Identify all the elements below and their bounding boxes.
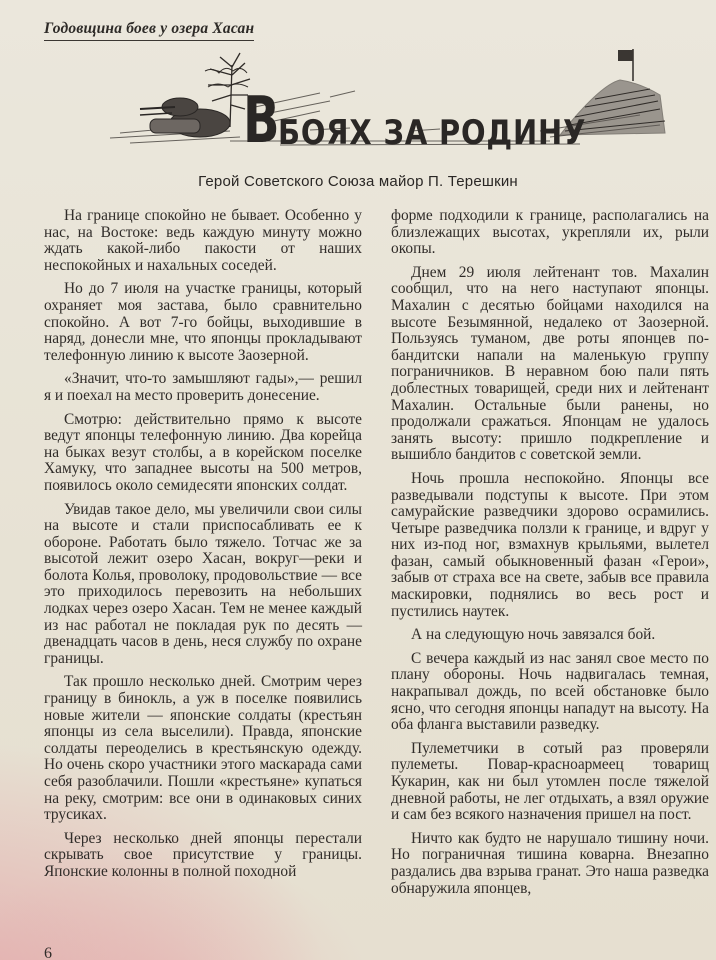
paragraph: Смотрю: действительно прямо к высоте вед… — [44, 412, 362, 495]
paragraph: «Значит, что-то замышляют гады»,— решил … — [44, 371, 362, 404]
masthead-title: ВБОЯХ ЗА РОДИНУ — [243, 89, 640, 153]
flag-icon — [618, 49, 633, 81]
paragraph: Но до 7 июля на участке границы, который… — [44, 281, 362, 364]
article-column-left: На границе спокойно не бывает. Особенно … — [44, 208, 362, 888]
paragraph: Так прошло несколько дней. Смотрим через… — [44, 674, 362, 823]
paragraph: форме подходили к границе, располагались… — [391, 208, 709, 258]
tank-icon — [140, 98, 230, 137]
paragraph: Увидав такое дело, мы увеличили свои сил… — [44, 502, 362, 668]
page-number: 6 — [44, 945, 52, 960]
masthead: ВБОЯХ ЗА РОДИНУ — [80, 45, 680, 155]
article-column-right: форме подходили к границе, располагались… — [391, 208, 709, 904]
section-rubric: Годовщина боев у озера Хасан — [44, 20, 254, 41]
paragraph: Ничто как будто не нарушало тишину ночи.… — [391, 831, 709, 897]
masthead-title-rest: БОЯХ ЗА РОДИНУ — [278, 113, 586, 153]
author-byline: Герой Советского Союза майор П. Терешкин — [0, 173, 716, 190]
paragraph: Через несколько дней японцы перестали ск… — [44, 831, 362, 881]
paragraph: А на следующую ночь завязался бой. — [391, 627, 709, 644]
paragraph: Днем 29 июля лейтенант тов. Махалин сооб… — [391, 265, 709, 464]
paragraph: Пулеметчики в сотый раз проверяли пулеме… — [391, 741, 709, 824]
paragraph: Ночь прошла неспокойно. Японцы все разве… — [391, 471, 709, 620]
masthead-title-initial: В — [243, 89, 278, 153]
paragraph: С вечера каждый из нас занял свое место … — [391, 651, 709, 734]
paragraph: На границе спокойно не бывает. Особенно … — [44, 208, 362, 274]
